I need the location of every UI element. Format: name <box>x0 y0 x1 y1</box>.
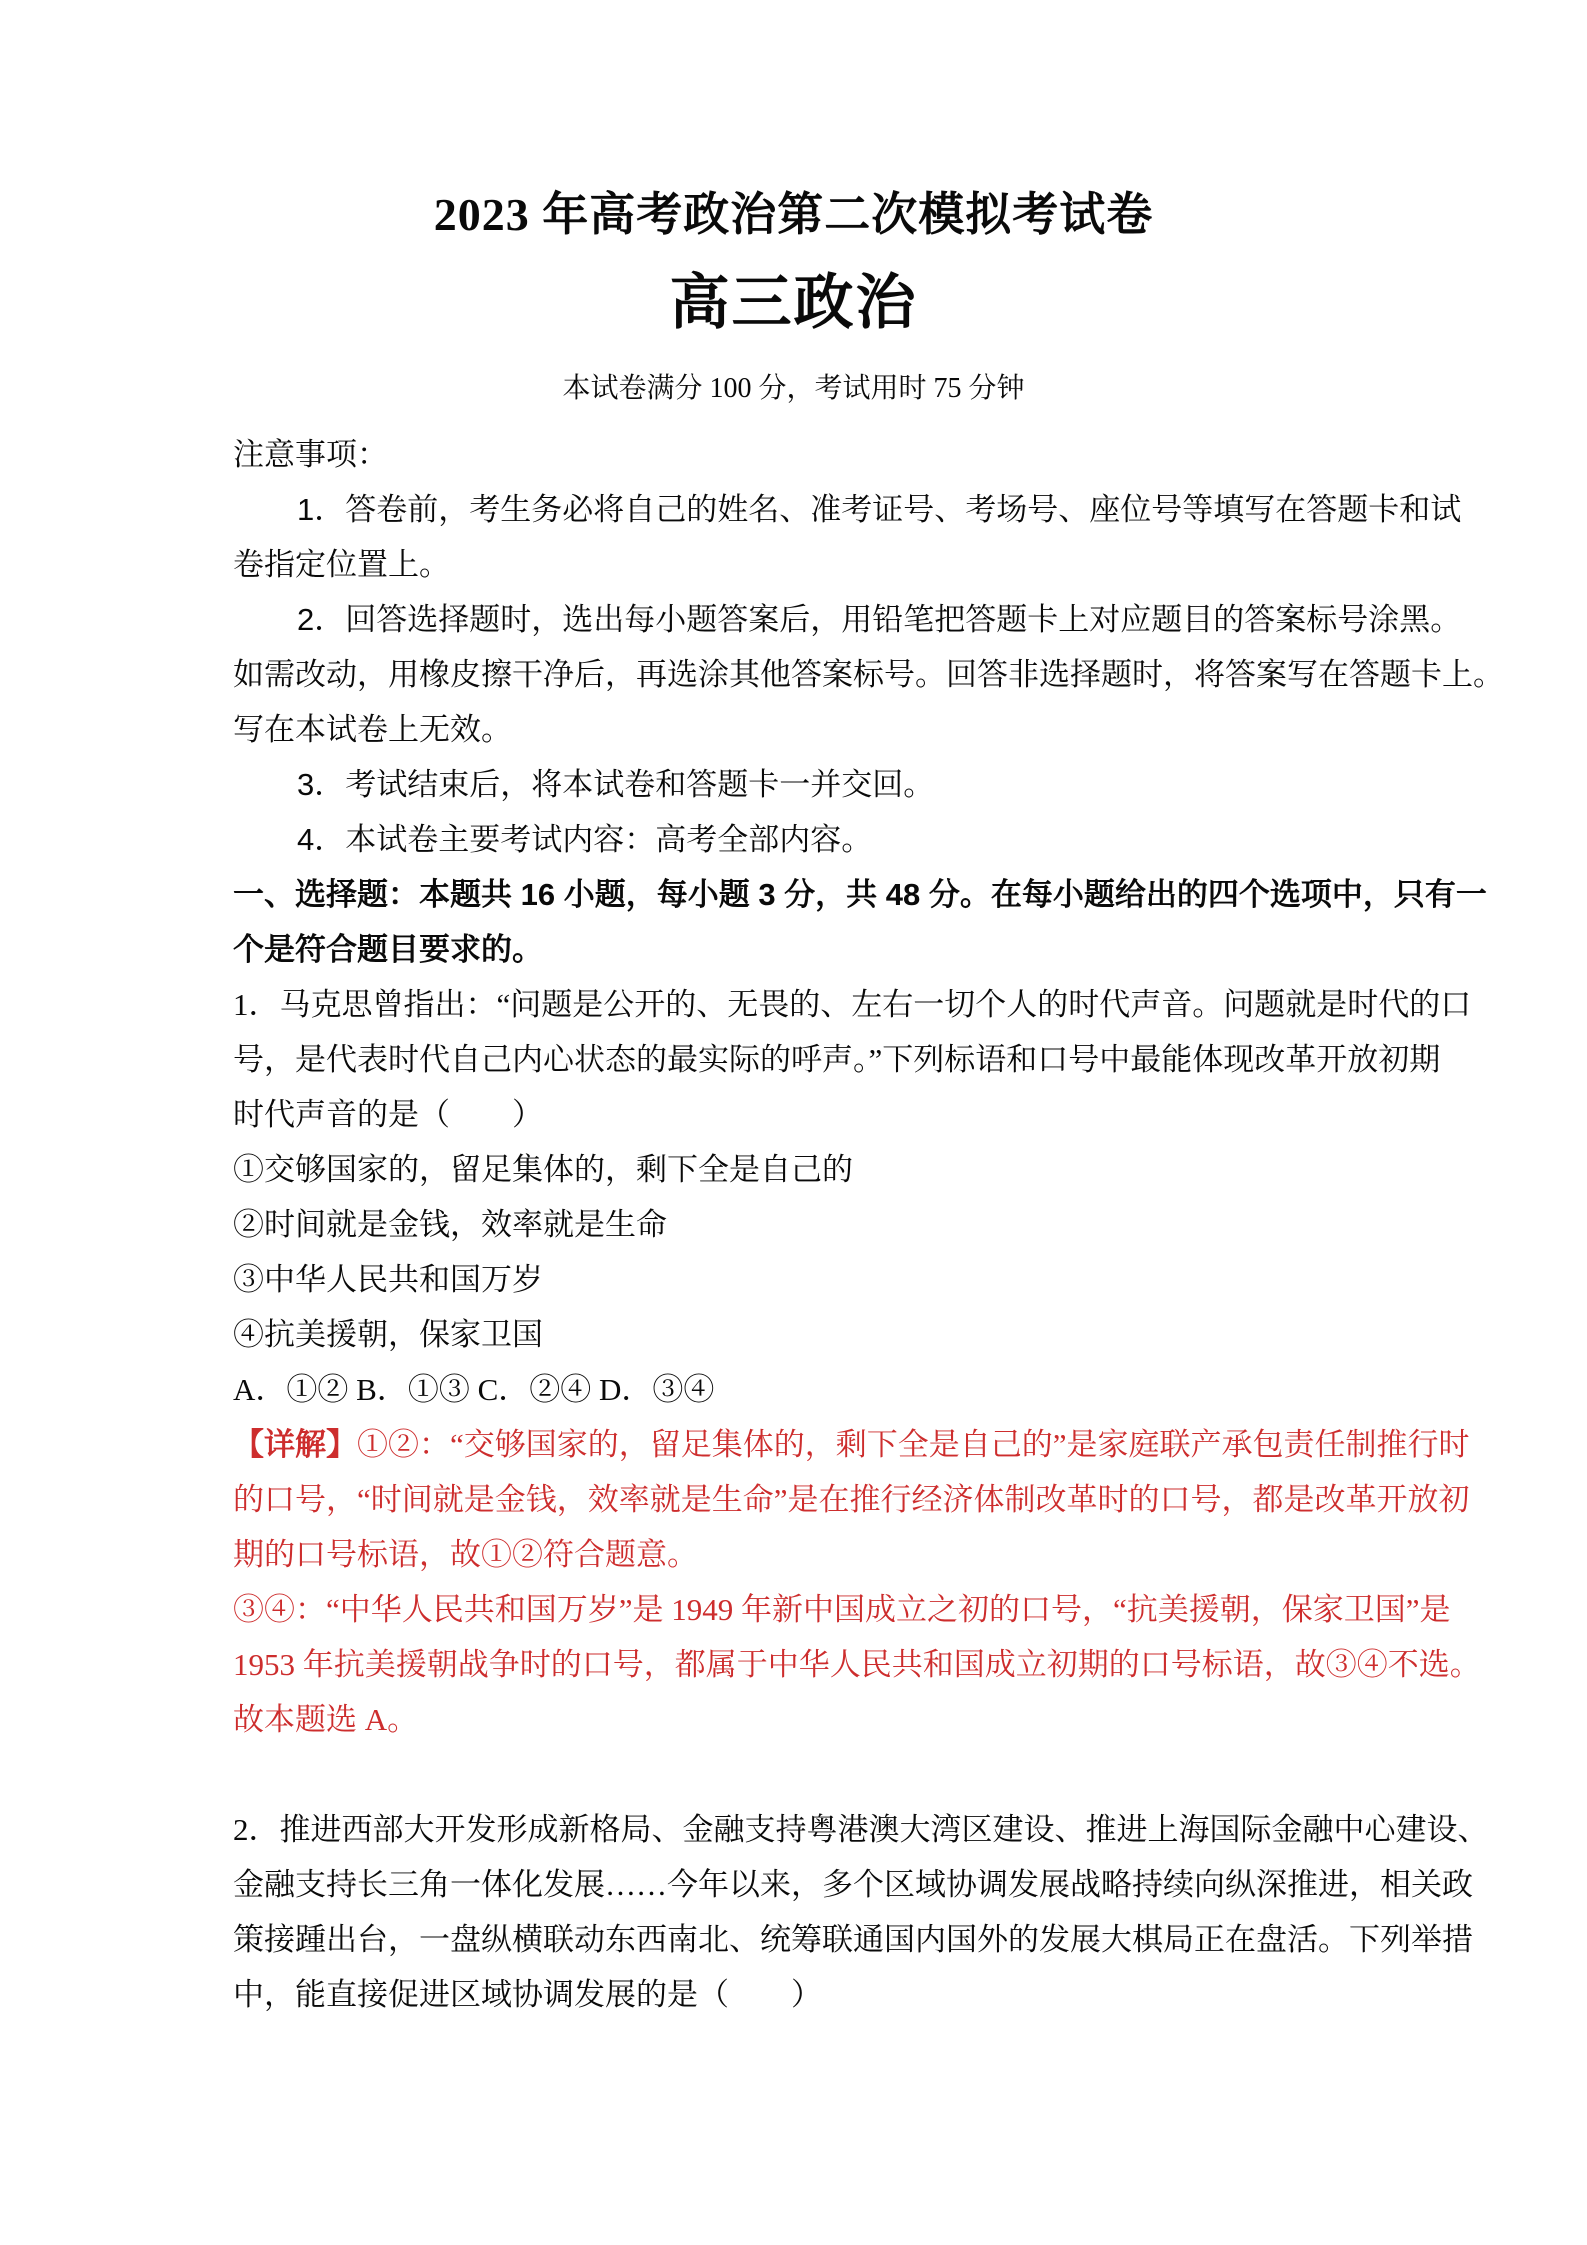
document-line: 4．本试卷主要考试内容：高考全部内容。 <box>233 812 1354 867</box>
page-title: 2023 年高考政治第二次模拟考试卷 <box>0 185 1587 245</box>
document-line: ①交够国家的，留足集体的，剩下全是自己的 <box>233 1142 1354 1197</box>
document-line: ③④：“中华人民共和国万岁”是 1949 年新中国成立之初的口号，“抗美援朝，保… <box>233 1582 1354 1637</box>
document-line: ④抗美援朝，保家卫国 <box>233 1307 1354 1362</box>
detail-label: 【详解】 <box>233 1427 357 1462</box>
document-line: 1953 年抗美援朝战争时的口号，都属于中华人民共和国成立初期的口号标语，故③④… <box>233 1637 1354 1692</box>
document-line: 卷指定位置上。 <box>233 537 1354 592</box>
document-line: A．①② B．①③ C．②④ D．③④ <box>233 1362 1354 1417</box>
document-line: 号，是代表时代自己内心状态的最实际的呼声。”下列标语和口号中最能体现改革开放初期 <box>233 1032 1354 1087</box>
document-line: 如需改动，用橡皮擦干净后，再选涂其他答案标号。回答非选择题时，将答案写在答题卡上… <box>233 647 1354 702</box>
document-line: 【详解】①②：“交够国家的，留足集体的，剩下全是自己的”是家庭联产承包责任制推行… <box>233 1417 1354 1472</box>
document-line: 1．马克思曾指出：“问题是公开的、无畏的、左右一切个人的时代声音。问题就是时代的… <box>233 977 1354 1032</box>
exam-paper-page: 2023 年高考政治第二次模拟考试卷 高三政治 本试卷满分 100 分，考试用时… <box>0 0 1587 2245</box>
document-line: 一、选择题：本题共 16 小题，每小题 3 分，共 48 分。在每小题给出的四个… <box>233 867 1354 922</box>
document-body: 注意事项：1．答卷前，考生务必将自己的姓名、准考证号、考场号、座位号等填写在答题… <box>233 427 1354 2022</box>
document-line: 个是符合题目要求的。 <box>233 922 1354 977</box>
document-line: ③中华人民共和国万岁 <box>233 1252 1354 1307</box>
document-line: 2．推进西部大开发形成新格局、金融支持粤港澳大湾区建设、推进上海国际金融中心建设… <box>233 1802 1354 1857</box>
document-line: 故本题选 A。 <box>233 1692 1354 1747</box>
document-line: 策接踵出台，一盘纵横联动东西南北、统筹联通国内国外的发展大棋局正在盘活。下列举措 <box>233 1912 1354 1967</box>
document-line: 注意事项： <box>233 427 1354 482</box>
exam-info: 本试卷满分 100 分，考试用时 75 分钟 <box>0 369 1587 409</box>
document-line: 2．回答选择题时，选出每小题答案后，用铅笔把答题卡上对应题目的答案标号涂黑。 <box>233 592 1354 647</box>
document-line: 的口号，“时间就是金钱，效率就是生命”是在推行经济体制改革时的口号，都是改革开放… <box>233 1472 1354 1527</box>
document-line: ②时间就是金钱，效率就是生命 <box>233 1197 1354 1252</box>
document-line: 金融支持长三角一体化发展……今年以来，多个区域协调发展战略持续向纵深推进，相关政 <box>233 1857 1354 1912</box>
document-line: 中，能直接促进区域协调发展的是（ ） <box>233 1967 1354 2022</box>
document-line <box>233 1747 1354 1802</box>
document-line: 时代声音的是（ ） <box>233 1087 1354 1142</box>
document-line: 期的口号标语，故①②符合题意。 <box>233 1527 1354 1582</box>
document-line: 写在本试卷上无效。 <box>233 702 1354 757</box>
document-line: 3．考试结束后，将本试卷和答题卡一并交回。 <box>233 757 1354 812</box>
document-line: 1．答卷前，考生务必将自己的姓名、准考证号、考场号、座位号等填写在答题卡和试 <box>233 482 1354 537</box>
page-subtitle: 高三政治 <box>0 265 1587 341</box>
